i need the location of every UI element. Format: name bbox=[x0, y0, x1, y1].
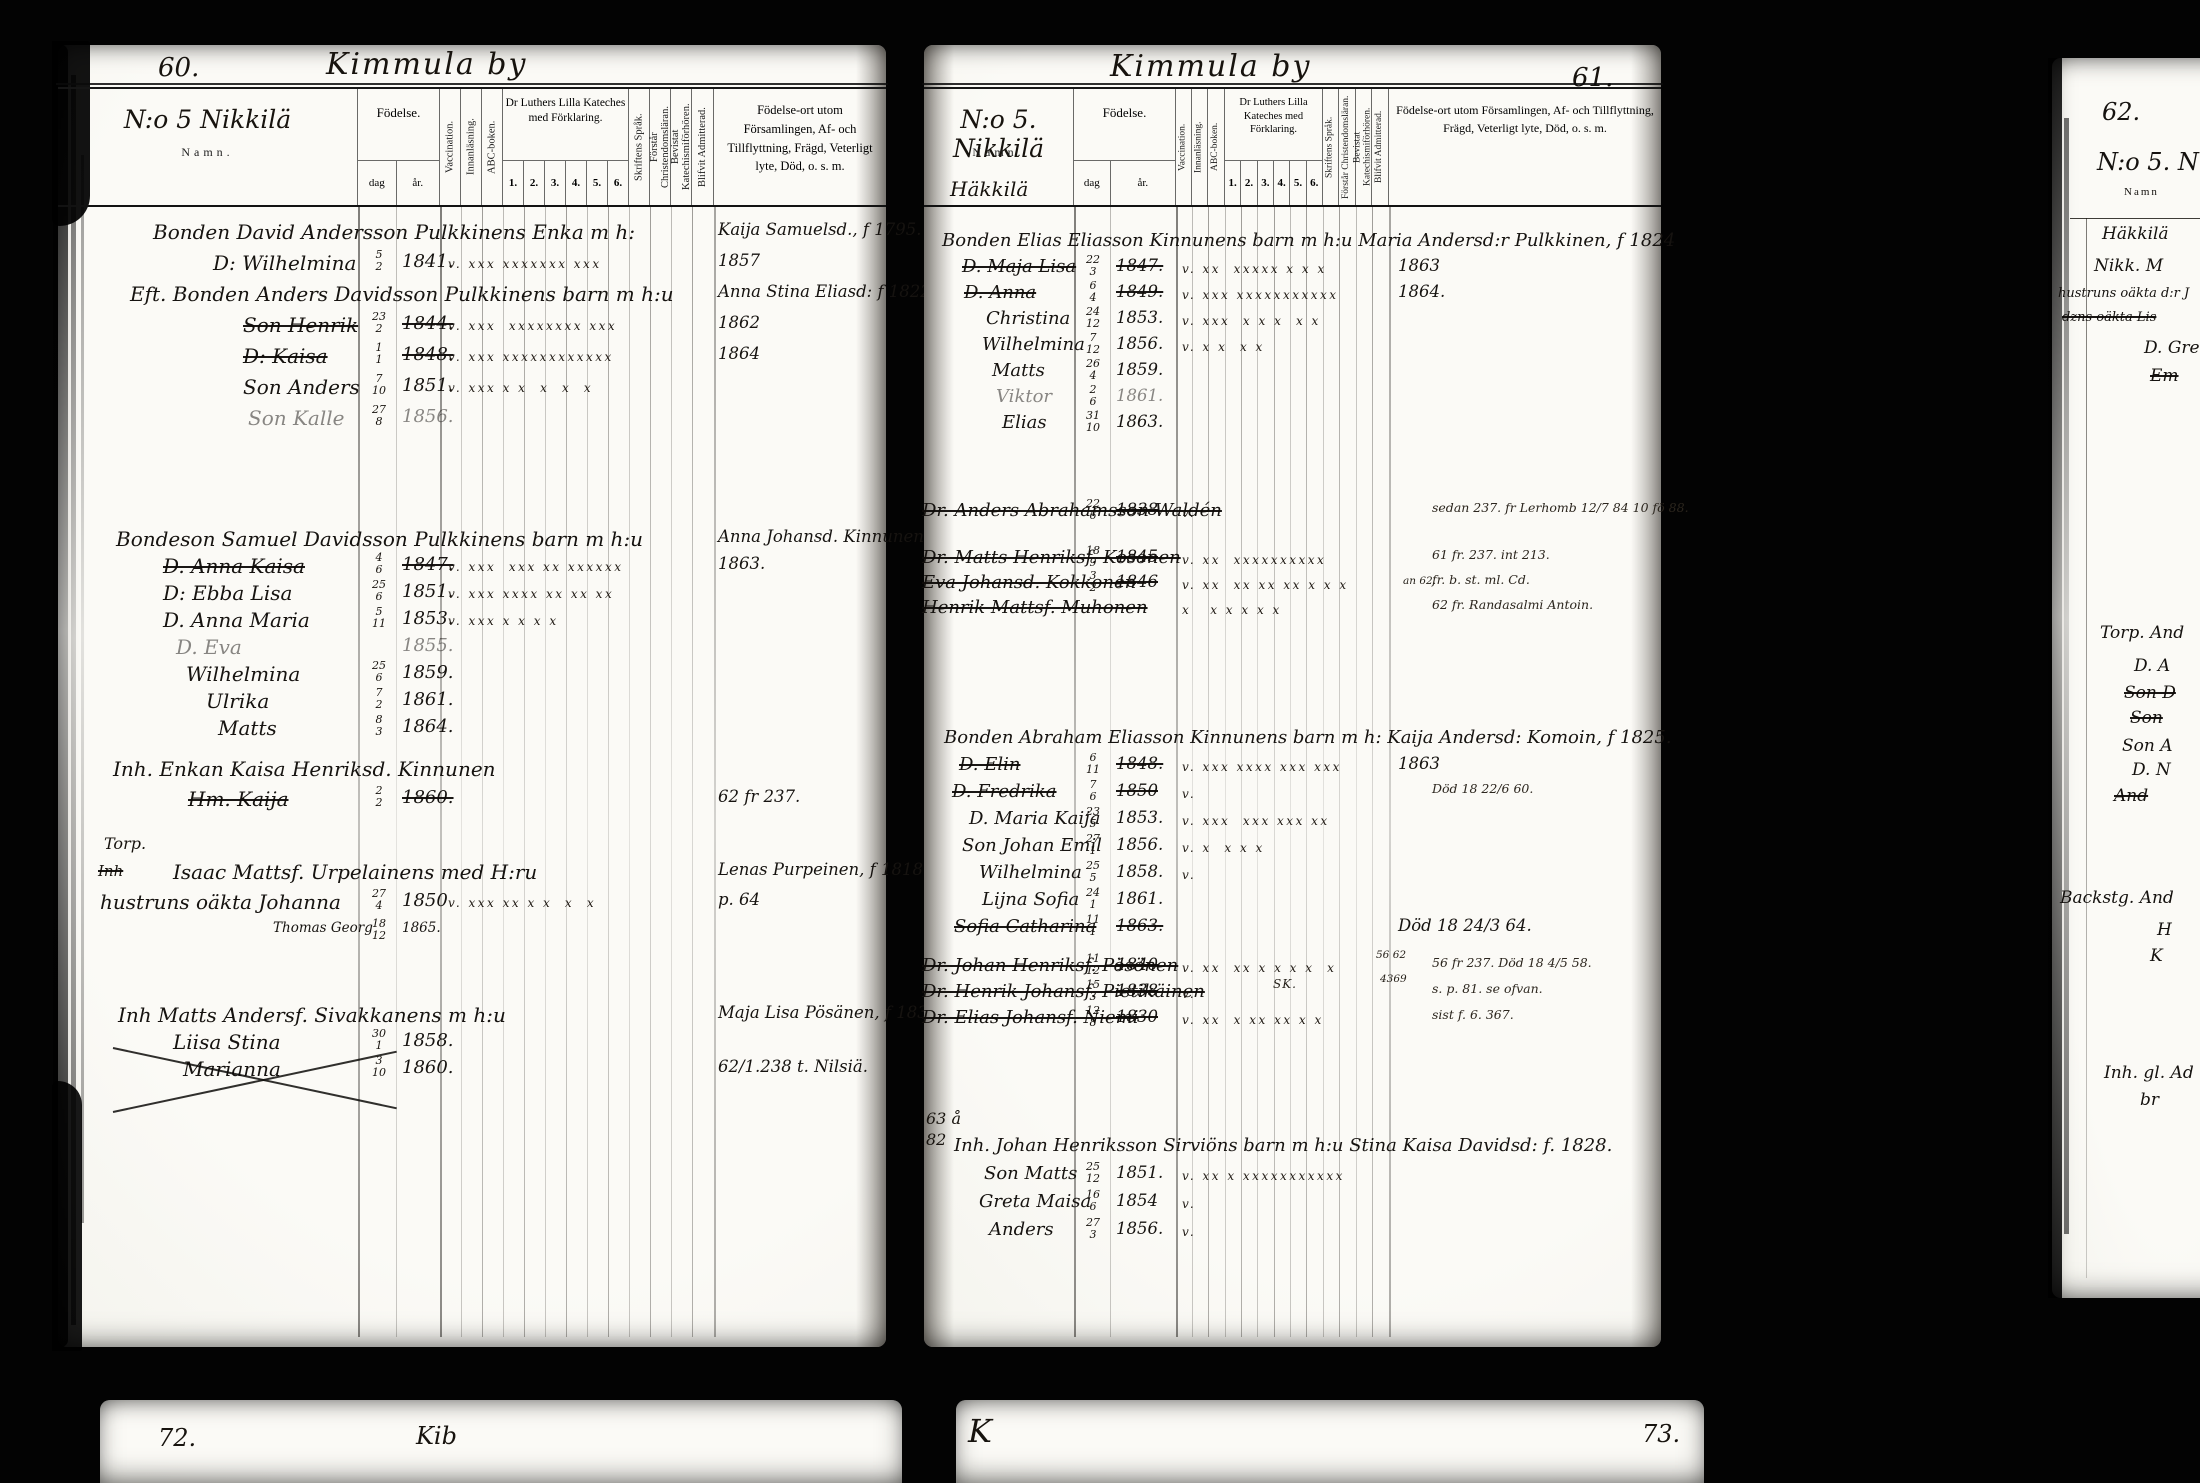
birth-month: 4 bbox=[364, 900, 394, 912]
person-name: D. Anna bbox=[964, 282, 1036, 303]
edge-fragment: D. A bbox=[2134, 656, 2170, 676]
birth-year: 1859. bbox=[1116, 360, 1163, 379]
person-row: Viktor261861. bbox=[924, 386, 1661, 412]
person-name: D. Maja Lisa bbox=[962, 256, 1076, 277]
person-row: Son Johan Emil2711856.v. x x x x bbox=[924, 835, 1661, 862]
person-name: Matts bbox=[218, 716, 277, 740]
person-name: D: Wilhelmina bbox=[213, 251, 356, 275]
birth-year: 1865. bbox=[402, 920, 441, 936]
edge-fragment: D. Gre bbox=[2144, 338, 2200, 358]
birth-day: 25 bbox=[1078, 860, 1108, 872]
page-left-60: 60. Kimmula by N:o 5 NikkiläNamn.Födelse… bbox=[58, 45, 886, 1347]
examination-marks: v. xxx x x x x x bbox=[1182, 314, 1321, 328]
person-name: Wilhelmina bbox=[186, 662, 300, 686]
birth-day: 5 bbox=[364, 249, 394, 261]
birth-day-fraction: 264 bbox=[1078, 358, 1108, 381]
person-row: Matts831864. bbox=[58, 716, 886, 743]
birth-year: 1846 bbox=[1116, 572, 1158, 591]
catechism-grade-label: 3. bbox=[544, 161, 565, 205]
birth-month: 1 bbox=[1078, 845, 1108, 857]
examination-marks: v. x x x x bbox=[1182, 841, 1265, 855]
person-row: Sofia Catharina1111863.Död 18 24/3 64. bbox=[924, 916, 1661, 943]
header-cell-blifvit: Blifvit Admitterad. bbox=[1372, 89, 1389, 205]
edge-fragment: Backstg. And bbox=[2060, 888, 2174, 908]
birth-year: 1861. bbox=[1116, 889, 1163, 908]
person-row: Henrik Mattsf. Muhonenx x x x x x62 fr. … bbox=[924, 597, 1661, 622]
birth-column-label: Födelse. bbox=[1074, 105, 1175, 121]
birth-day: 22 bbox=[1078, 498, 1108, 510]
catechism-grade-label: 4. bbox=[565, 161, 586, 205]
birth-day-fraction: 255 bbox=[1078, 860, 1108, 883]
birth-day: 7 bbox=[1078, 332, 1108, 344]
column-label-skrift: Skriftens Språk. bbox=[1323, 89, 1338, 205]
column-label-blifvit: Blifvit Admitterad. bbox=[692, 89, 713, 205]
person-name: Greta Maisa bbox=[979, 1191, 1091, 1212]
person-name: Ulrika bbox=[206, 689, 269, 713]
birth-subcolumns: dagår. bbox=[1074, 160, 1175, 205]
family-head-text: Bonden David Andersson Pulkkinens Enka m… bbox=[153, 220, 635, 244]
birth-year: 1838 bbox=[1116, 500, 1158, 519]
edge-fragment: Son bbox=[2130, 708, 2163, 728]
edge-fragment: hustruns oäkta d:r J bbox=[2058, 286, 2189, 301]
catechism-grade-label: 6. bbox=[1306, 161, 1322, 205]
birth-year: 1844. bbox=[402, 313, 454, 334]
person-row: Ulrika721861. bbox=[58, 689, 886, 716]
birth-day: 31 bbox=[1078, 410, 1108, 422]
person-row: Dr. Matts Henriksf. Kosonen1891845v. xx … bbox=[924, 547, 1661, 572]
person-name: Son Anders bbox=[243, 375, 360, 399]
birth-year: 1848. bbox=[1116, 754, 1163, 773]
examination-marks: v. x x x x bbox=[1182, 340, 1265, 354]
person-row: D: Kaisa111848.v. xxx xxxxxxxxxxxx1864 bbox=[58, 344, 886, 375]
birth-month: 1 bbox=[1078, 926, 1108, 938]
birth-month: 8 bbox=[364, 416, 394, 428]
family-head-text: Inh Matts Andersf. Sivakkanens m h:u bbox=[118, 1003, 506, 1027]
birth-day: 6 bbox=[1078, 752, 1108, 764]
person-name: Hm. Kaija bbox=[188, 787, 289, 811]
person-row: Anders2731856.v. bbox=[924, 1219, 1661, 1247]
person-row: D. Elin6111848.v. xxx xxxx xxx xxx1863 bbox=[924, 754, 1661, 781]
film-streak bbox=[2048, 58, 2062, 1298]
family-head-text: Bondeson Samuel Davidsson Pulkkinens bar… bbox=[116, 527, 643, 551]
person-name: D: Kaisa bbox=[243, 344, 328, 368]
birth-day: 6 bbox=[1078, 280, 1108, 292]
edge-fragment: H bbox=[2157, 920, 2172, 940]
birth-day-fraction: 83 bbox=[364, 714, 394, 737]
birth-year: 1847. bbox=[402, 554, 454, 575]
family-block: Bondeson Samuel Davidsson Pulkkinens bar… bbox=[58, 527, 886, 749]
birth-year: 1853. bbox=[1116, 308, 1163, 327]
remark-note: 1857 bbox=[718, 251, 760, 270]
birth-year: 1854 bbox=[1116, 1191, 1158, 1210]
annotation: SK. bbox=[1273, 977, 1297, 991]
birth-month: 3 bbox=[1078, 266, 1108, 278]
remarks-column-label: Födelse-ort utom Församlingen, Af- och T… bbox=[1395, 101, 1655, 137]
birth-day-fraction: 274 bbox=[364, 888, 394, 911]
person-row: Son Henrik2321844.v. xxx xxxxxxxx xxx186… bbox=[58, 313, 886, 344]
person-row: D. Fredrika761850v.Död 18 22/6 60. bbox=[924, 781, 1661, 808]
birth-year: 1860. bbox=[402, 787, 454, 808]
birth-day-fraction: 46 bbox=[364, 552, 394, 575]
catechism-grade-label: 5. bbox=[586, 161, 607, 205]
birth-day: 3 bbox=[1078, 570, 1108, 582]
family-head-row: Bonden David Andersson Pulkkinens Enka m… bbox=[58, 220, 886, 251]
birth-year: 1861. bbox=[402, 689, 454, 710]
person-row: Wilhelmina7121856.v. x x x x bbox=[924, 334, 1661, 360]
birth-day-fraction: 189 bbox=[1078, 545, 1108, 568]
header-cell-blifvit: Blifvit Admitterad. bbox=[692, 89, 714, 205]
family-head-text: Bonden Abraham Eliasson Kinnunens barn m… bbox=[944, 727, 1672, 748]
column-label-vaccination: Vaccination. bbox=[1176, 89, 1191, 205]
birth-day-fraction: 1112 bbox=[1078, 953, 1108, 976]
birth-day: 7 bbox=[1078, 779, 1108, 791]
birth-day-fraction: 256 bbox=[364, 579, 394, 602]
remark-note: sedan 237. fr Lerhomb 12/7 84 10 fö 88. bbox=[1432, 500, 1689, 515]
family-head-row: Inh. Enkan Kaisa Henriksd. Kinnunen bbox=[58, 757, 886, 787]
catechism-grade-label: 4. bbox=[1273, 161, 1289, 205]
examination-marks: v. xx xx xx xx x x x bbox=[1182, 578, 1349, 592]
birth-day: 27 bbox=[364, 888, 394, 900]
person-row: D. Anna641849.v. xxx xxxxxxxxxxx1864. bbox=[924, 282, 1661, 308]
person-name: Son Kalle bbox=[248, 406, 344, 430]
header-cell-luther: Dr Luthers Lilla Kateches med Förklaring… bbox=[1225, 89, 1323, 205]
person-name: D. Fredrika bbox=[952, 781, 1057, 802]
birth-year: 1856. bbox=[1116, 835, 1163, 854]
family-head-remark: Maja Lisa Pösänen, f 1831. bbox=[718, 1003, 943, 1022]
examination-marks: v. bbox=[1182, 1225, 1196, 1239]
birth-year: 1850 bbox=[402, 890, 448, 911]
examination-marks: v. xxx xxxx xx xx xx bbox=[448, 587, 614, 601]
birth-year: 1851. bbox=[402, 581, 454, 602]
birth-year: 1847. bbox=[1116, 256, 1163, 275]
column-label-innanlasning: Innanläsning. bbox=[1192, 89, 1207, 205]
birth-day: 2 bbox=[1078, 384, 1108, 396]
person-row: Greta Maisa1661854v. bbox=[924, 1191, 1661, 1219]
family-head-remark: Anna Stina Eliasd: f 1822. bbox=[718, 282, 936, 301]
birth-month: 10 bbox=[364, 1067, 394, 1079]
birth-day: 8 bbox=[364, 714, 394, 726]
edge-fragment: And bbox=[2114, 786, 2148, 806]
person-name: Elias bbox=[1002, 412, 1047, 433]
birth-day: 7 bbox=[364, 687, 394, 699]
birth-month: 4 bbox=[1078, 292, 1108, 304]
birth-month: 6 bbox=[364, 591, 394, 603]
birth-day: 27 bbox=[1078, 1217, 1108, 1229]
birth-day-fraction: 72 bbox=[364, 687, 394, 710]
birth-year: 1861. bbox=[1116, 386, 1163, 405]
page-number: 72. bbox=[158, 1424, 196, 1452]
family-block: 63 å 82Inh. Johan Henriksson Sirviöns ba… bbox=[924, 1135, 1661, 1253]
birth-month: 1 bbox=[364, 354, 394, 366]
edge-fragment: K bbox=[2150, 946, 2163, 966]
remark-note: 62 fr. Randasalmi Antoin. bbox=[1432, 597, 1593, 612]
birth-month: 1 bbox=[1078, 899, 1108, 911]
birth-day-fraction: 278 bbox=[364, 404, 394, 427]
village-title: Kimmula by bbox=[1110, 49, 1311, 84]
birth-day: 1 bbox=[364, 342, 394, 354]
birth-month: 3 bbox=[1078, 1229, 1108, 1241]
examination-marks: v. xxx xxxxxxxx xxx bbox=[448, 319, 617, 333]
birth-month: 2 bbox=[364, 699, 394, 711]
birth-day-fraction: 1812 bbox=[364, 918, 394, 941]
remark-note: 62/1.238 t. Nilsiä. bbox=[718, 1057, 868, 1076]
person-name: Son Matts bbox=[984, 1163, 1077, 1184]
birth-day-fraction: 2512 bbox=[1078, 1161, 1108, 1184]
birth-day-fraction: 273 bbox=[1078, 1217, 1108, 1240]
person-row: D. Maria Kaija2351853.v. xxx xxx xxx xx bbox=[924, 808, 1661, 835]
page-edge-62: 62.N:o 5. NNamnHäkkiläNikk. Mhustruns oä… bbox=[2052, 58, 2200, 1298]
header-rule bbox=[2070, 218, 2200, 219]
birth-day-fraction: 153 bbox=[1078, 979, 1108, 1002]
column-label-bevistat: Bevistat Katechismiförhören. bbox=[671, 89, 691, 205]
edge-fragment: 62. bbox=[2102, 98, 2140, 126]
column-label-forstar: Förstår Christendomsläran. bbox=[650, 89, 670, 205]
column-rule bbox=[2086, 218, 2087, 1278]
column-label-skrift: Skriftens Språk. bbox=[629, 89, 649, 205]
edge-fragment: Torp. And bbox=[2100, 623, 2184, 643]
family-block: Bonden David Andersson Pulkkinens Enka m… bbox=[58, 220, 886, 443]
birth-month: 11 bbox=[1078, 764, 1108, 776]
header-cell-fod: Födelse.dagår. bbox=[358, 89, 440, 205]
birth-day: 5 bbox=[364, 606, 394, 618]
birth-month: 3 bbox=[364, 726, 394, 738]
page-number: 73. bbox=[1642, 1420, 1680, 1448]
birth-day: 25 bbox=[364, 579, 394, 591]
person-name: Sofia Catharina bbox=[954, 916, 1096, 937]
examination-marks: v. xx xxxxx x x x bbox=[1182, 262, 1327, 276]
edge-fragment: D. N bbox=[2132, 760, 2171, 780]
header-cell-luther: Dr Luthers Lilla Kateches med Förklaring… bbox=[503, 89, 629, 205]
person-row: Matts2641859. bbox=[924, 360, 1661, 386]
remark-note: 62 fr 237. bbox=[718, 787, 800, 806]
birth-day: 24 bbox=[1078, 306, 1108, 318]
birth-year: 1845 bbox=[1116, 547, 1158, 566]
birth-month: 5 bbox=[1078, 818, 1108, 830]
birth-day: 26 bbox=[1078, 358, 1108, 370]
person-name: Lijna Sofia bbox=[982, 889, 1079, 910]
edge-fragment: dzns oäkta Lis bbox=[2062, 310, 2156, 325]
birth-day: 7 bbox=[364, 373, 394, 385]
birth-year: 1856. bbox=[402, 406, 454, 427]
edge-fragment: Häkkilä bbox=[2102, 224, 2169, 244]
birth-day: 18 bbox=[1078, 545, 1108, 557]
birth-year: 1851. bbox=[402, 375, 454, 396]
birth-month: 12 bbox=[364, 930, 394, 942]
person-name: Christina bbox=[986, 308, 1070, 329]
name-column-label: Namn. bbox=[58, 145, 357, 160]
column-label-innanlasning: Innanläsning. bbox=[461, 89, 481, 205]
person-name: Henrik Mattsf. Muhonen bbox=[922, 597, 1148, 618]
catechism-column-label: Dr Luthers Lilla Kateches med Förklaring… bbox=[505, 96, 626, 126]
birth-year: 1848. bbox=[402, 344, 454, 365]
family-head-text: Eft. Bonden Anders Davidsson Pulkkinens … bbox=[130, 282, 674, 306]
person-row: D. Anna Kaisa461847.v. xxx xxx xx xxxxxx… bbox=[58, 554, 886, 581]
birth-month: 3 bbox=[1078, 991, 1108, 1003]
birth-day: 30 bbox=[364, 1028, 394, 1040]
birth-day-fraction: 2412 bbox=[1078, 306, 1108, 329]
person-name: D. Eva bbox=[176, 635, 242, 659]
header-cell-skrift: Skriftens Språk. bbox=[1323, 89, 1339, 205]
person-name: Anders bbox=[989, 1219, 1054, 1240]
person-row: Wilhelmina2551858.v. bbox=[924, 862, 1661, 889]
birth-day: 23 bbox=[364, 311, 394, 323]
day-column-label: dag bbox=[1074, 161, 1110, 205]
header-cell-bevistat: Bevistat Katechismiförhören. bbox=[671, 89, 692, 205]
edge-fragment: N:o 5. N bbox=[2097, 148, 2199, 176]
annotation: an 62. bbox=[1403, 575, 1436, 587]
birth-month: 2 bbox=[364, 797, 394, 809]
header-cell-skrift: Skriftens Språk. bbox=[629, 89, 650, 205]
birth-year: 1864. bbox=[402, 716, 454, 737]
family-head-text: Bonden Elias Eliasson Kinnunens barn m h… bbox=[942, 230, 1675, 251]
edge-fragment: Son D bbox=[2124, 683, 2176, 703]
person-row: D. Anna Maria5111853.v. xxx x x x x bbox=[58, 608, 886, 635]
birth-day-fraction: 166 bbox=[1078, 1189, 1108, 1212]
birth-day-fraction: 611 bbox=[1078, 752, 1108, 775]
birth-month: 6 bbox=[1078, 791, 1108, 803]
header-cell-innanlasning: Innanläsning. bbox=[461, 89, 482, 205]
remark-note: 1864 bbox=[718, 344, 760, 363]
person-row: hustruns oäkta Johanna2741850v. xxx xx x… bbox=[58, 890, 886, 920]
examination-marks: v. xxx xxxxxxx xxx bbox=[448, 257, 602, 271]
remark-note: p. 64 bbox=[718, 890, 760, 909]
birth-day: 12 bbox=[1078, 1005, 1108, 1017]
birth-year: 1856. bbox=[1116, 334, 1163, 353]
family-head-row: Eft. Bonden Anders Davidsson Pulkkinens … bbox=[58, 282, 886, 313]
handwriting-fragment: Kib bbox=[416, 1422, 457, 1450]
name-column-label: Namn. bbox=[924, 145, 1073, 160]
catechism-subcolumns: 1.2.3.4.5.6. bbox=[503, 160, 628, 205]
examination-marks: v. xxx xx x x x x bbox=[448, 896, 596, 910]
person-name: D. Anna Maria bbox=[163, 608, 310, 632]
remark-note: 1864. bbox=[1398, 282, 1445, 301]
remark-note: s. p. 81. se ofvan. bbox=[1432, 981, 1543, 996]
birth-month: 12 bbox=[1078, 318, 1108, 330]
birth-day-fraction: 511 bbox=[364, 606, 394, 629]
examination-marks: v. xx xxxxxxxxxx bbox=[1182, 553, 1326, 567]
person-row: Son Anders7101851.v. xxx x x x x x bbox=[58, 375, 886, 406]
page-right-61: 61. Kimmula by N:o 5. NikkiläNamn.Häkkil… bbox=[924, 45, 1661, 1347]
family-block: Dr. Johan Henriksf. Pösönen11121840v. xx… bbox=[924, 955, 1661, 1039]
remark-note: 1863 bbox=[1398, 754, 1440, 773]
day-column-label: dag bbox=[358, 161, 396, 205]
birth-month: 10 bbox=[364, 385, 394, 397]
birth-day: 22 bbox=[1078, 254, 1108, 266]
family-head-text: Inh. Enkan Kaisa Henriksd. Kinnunen bbox=[113, 757, 496, 781]
header-cell-bevistat: Bevistat Katechismiförhören. bbox=[1356, 89, 1372, 205]
birth-day-fraction: 226 bbox=[1078, 498, 1108, 521]
birth-year: 1859. bbox=[402, 662, 454, 683]
birth-month: 6 bbox=[1078, 510, 1108, 522]
birth-year: 1841. bbox=[402, 251, 454, 272]
birth-day: 11 bbox=[1078, 953, 1108, 965]
edge-fragment: Namn bbox=[2124, 186, 2159, 198]
header-cell-name: N:o 5. NikkiläNamn.Häkkilä bbox=[924, 89, 1074, 205]
birth-year: 1855. bbox=[402, 635, 454, 656]
remark-note: 1862 bbox=[718, 313, 760, 332]
catechism-grade-label: 3. bbox=[1257, 161, 1273, 205]
remark-note: sist f. 6. 367. bbox=[1432, 1007, 1514, 1022]
birth-day-fraction: 256 bbox=[364, 660, 394, 683]
examination-marks: v. xxx xxxxxxxxxxx bbox=[1182, 288, 1339, 302]
birth-day: 27 bbox=[364, 404, 394, 416]
birth-year: 1838 bbox=[1116, 981, 1158, 1000]
person-name: Wilhelmina bbox=[979, 862, 1082, 883]
family-block: Dr. Anders Abrahamsson Waldén2261838v.se… bbox=[924, 500, 1661, 631]
person-name: Matts bbox=[992, 360, 1045, 381]
examination-marks: v. xxx xxx xxx xx bbox=[1182, 814, 1330, 828]
page-bottom-73: K 73. bbox=[956, 1400, 1704, 1483]
catechism-grade-label: 6. bbox=[607, 161, 628, 205]
person-name: D. Elin bbox=[959, 754, 1020, 775]
person-row: D: Wilhelmina521841.v. xxx xxxxxxx xxx18… bbox=[58, 251, 886, 282]
examination-marks: v. bbox=[1182, 1197, 1196, 1211]
birth-day-fraction: 235 bbox=[1078, 806, 1108, 829]
header-cell-name: N:o 5 NikkiläNamn. bbox=[58, 89, 358, 205]
family-head-row: Inh Matts Andersf. Sivakkanens m h:uMaja… bbox=[58, 1003, 886, 1030]
person-row: Eva Johansd. Kokkonen321846v. xx xx xx x… bbox=[924, 572, 1661, 597]
birth-column-label: Födelse. bbox=[358, 105, 439, 121]
header-cell-vaccination: Vaccination. bbox=[440, 89, 461, 205]
birth-month: 11 bbox=[364, 618, 394, 630]
handwriting-fragment: K bbox=[968, 1412, 992, 1450]
birth-day: 4 bbox=[364, 552, 394, 564]
remark-note: 61 fr. 237. int 213. bbox=[1432, 547, 1550, 562]
examination-marks: v. xxx xxx xx xxxxxx bbox=[448, 560, 624, 574]
birth-month: 2 bbox=[364, 323, 394, 335]
family-head-row: Isaac Mattsf. Urpelainens med H:ruLenas … bbox=[58, 860, 886, 890]
birth-month: 12 bbox=[1078, 1173, 1108, 1185]
birth-day: 18 bbox=[364, 918, 394, 930]
column-label-vaccination: Vaccination. bbox=[440, 89, 460, 205]
edge-fragment: Nikk. M bbox=[2094, 256, 2163, 276]
examination-marks: x x x x x x bbox=[1182, 603, 1282, 617]
birth-day: 23 bbox=[1078, 806, 1108, 818]
family-block: Bonden Elias Eliasson Kinnunens barn m h… bbox=[924, 230, 1661, 444]
birth-month: 6 bbox=[1078, 1201, 1108, 1213]
birth-year: 1853. bbox=[402, 608, 454, 629]
person-row: D: Ebba Lisa2561851.v. xxx xxxx xx xx xx bbox=[58, 581, 886, 608]
family-head-row: Bondeson Samuel Davidsson Pulkkinens bar… bbox=[58, 527, 886, 554]
person-name: Liisa Stina bbox=[173, 1030, 281, 1054]
farm-name: N:o 5 Nikkilä bbox=[58, 105, 357, 134]
remark-note: 56 fr 237. Död 18 4/5 58. bbox=[1432, 955, 1592, 970]
page-number: 60. bbox=[158, 53, 199, 83]
birth-day-fraction: 128 bbox=[1078, 1005, 1108, 1028]
family-head-row: Inh. Johan Henriksson Sirviöns barn m h:… bbox=[924, 1135, 1661, 1163]
remark-note: 1863 bbox=[1398, 256, 1440, 275]
birth-day-fraction: 241 bbox=[1078, 887, 1108, 910]
birth-month: 12 bbox=[1078, 344, 1108, 356]
birth-day: 25 bbox=[1078, 1161, 1108, 1173]
remark-note: fr. b. st. ml. Cd. bbox=[1432, 572, 1530, 587]
header-cell-remark: Födelse-ort utom Församlingen, Af- och T… bbox=[1389, 89, 1661, 205]
column-label-blifvit: Blifvit Admitterad. bbox=[1372, 89, 1388, 205]
person-name: D: Ebba Lisa bbox=[163, 581, 292, 605]
birth-day-fraction: 301 bbox=[364, 1028, 394, 1051]
person-row: Christina24121853.v. xxx x x x x x bbox=[924, 308, 1661, 334]
birth-day-fraction: 26 bbox=[1078, 384, 1108, 407]
family-head-row: Bonden Abraham Eliasson Kinnunens barn m… bbox=[924, 727, 1661, 754]
birth-day: 2 bbox=[364, 785, 394, 797]
edge-fragment: Em bbox=[2150, 366, 2179, 386]
year-column-label: år. bbox=[396, 161, 439, 205]
column-label-abc: ABC-boken. bbox=[482, 89, 502, 205]
birth-day-fraction: 232 bbox=[364, 311, 394, 334]
birth-day-fraction: 271 bbox=[1078, 833, 1108, 856]
header-cell-remark: Födelse-ort utom Församlingen, Af- och T… bbox=[714, 89, 886, 205]
person-name: Son Henrik bbox=[243, 313, 358, 337]
